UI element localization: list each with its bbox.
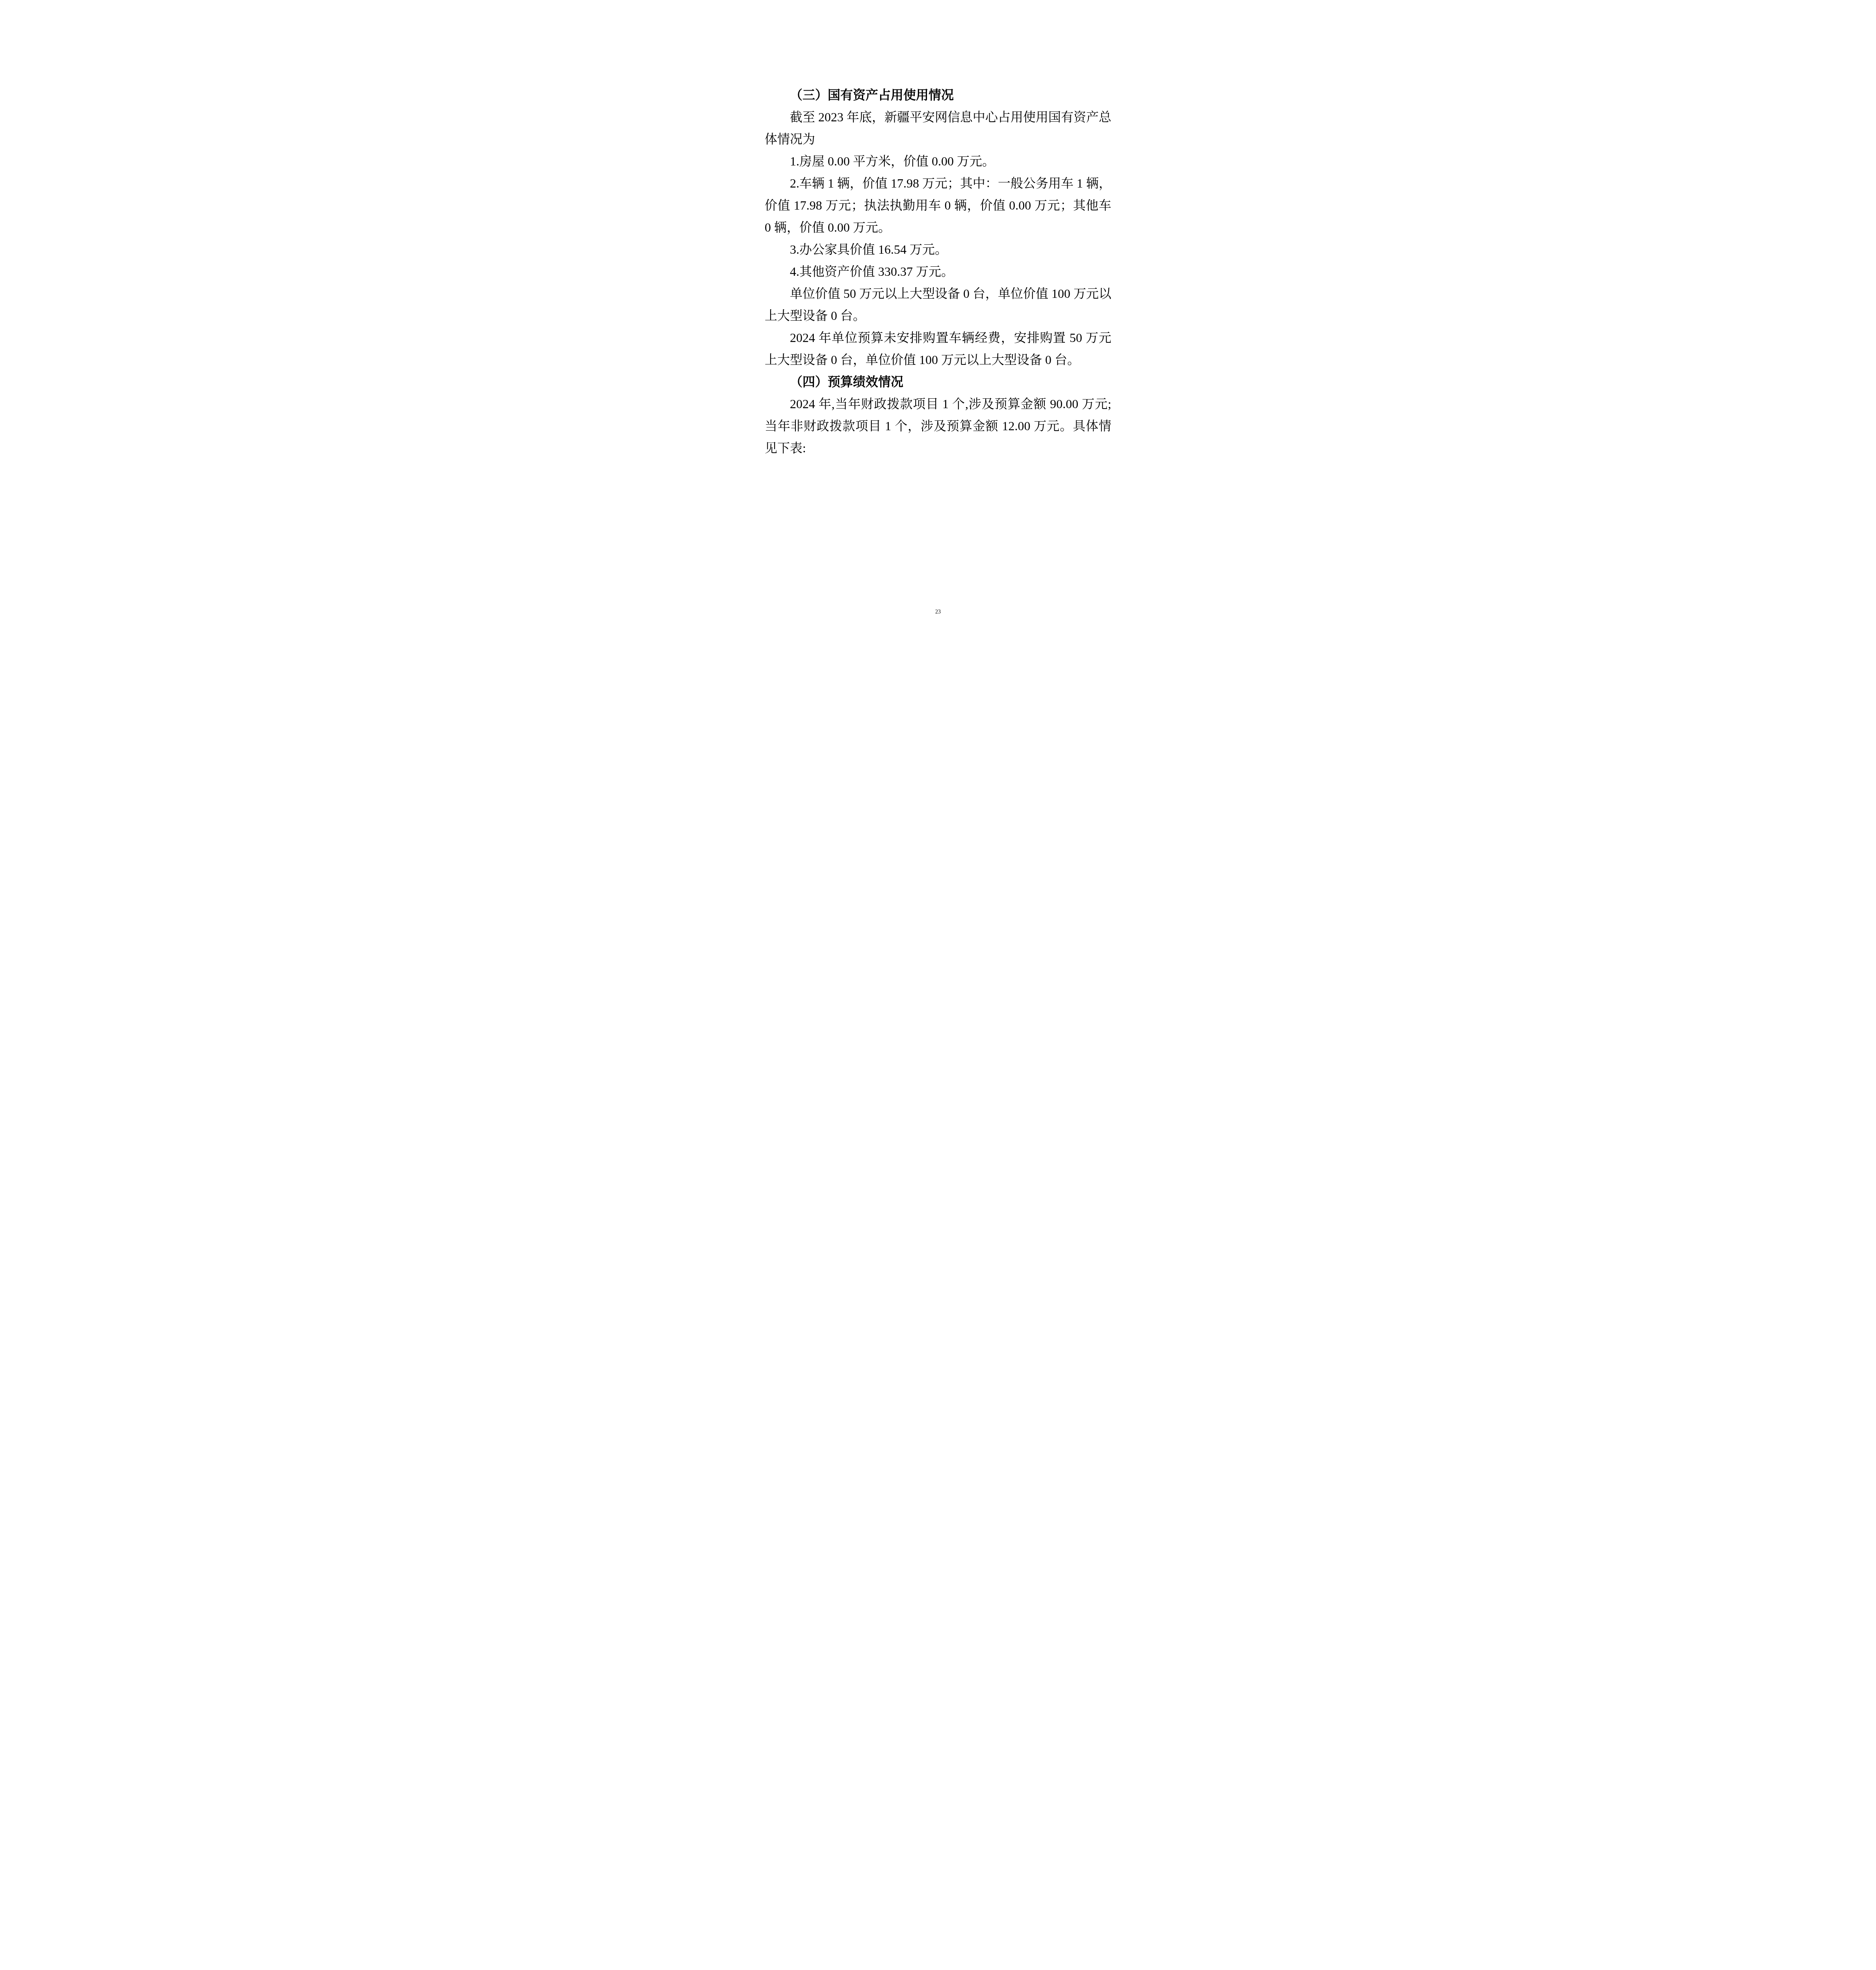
section-heading-budget-performance: （四）预算绩效情况 <box>765 371 1111 393</box>
section-heading-state-assets: （三）国有资产占用使用情况 <box>765 84 1111 106</box>
paragraph-line: 体情况为 <box>765 128 1111 150</box>
paragraph-line: 0 辆，价值 0.00 万元。 <box>765 216 1111 238</box>
document-body: （三）国有资产占用使用情况 截至 2023 年底，新疆平安网信息中心占用使用国有… <box>765 84 1111 459</box>
paragraph-line-equipment: 单位价值 50 万元以上大型设备 0 台，单位价值 100 万元以 <box>765 282 1111 305</box>
document-page: （三）国有资产占用使用情况 截至 2023 年底，新疆平安网信息中心占用使用国有… <box>704 0 1172 663</box>
paragraph-line-2024-budget: 2024 年单位预算未安排购置车辆经费，安排购置 50 万元以 <box>765 327 1111 349</box>
paragraph-line-housing: 1.房屋 0.00 平方米，价值 0.00 万元。 <box>765 150 1111 172</box>
page-number: 23 <box>704 608 1172 616</box>
paragraph-line-see-table: 见下表: <box>765 437 1111 459</box>
paragraph-line-vehicles: 2.车辆 1 辆，价值 17.98 万元；其中：一般公务用车 1 辆， <box>765 172 1111 194</box>
paragraph-line: 截至 2023 年底，新疆平安网信息中心占用使用国有资产总 <box>765 106 1111 128</box>
paragraph-line: 上大型设备 0 台，单位价值 100 万元以上大型设备 0 台。 <box>765 349 1111 371</box>
paragraph-line: 当年非财政拨款项目 1 个，涉及预算金额 12.00 万元。具体情况 <box>765 415 1111 437</box>
paragraph-line: 上大型设备 0 台。 <box>765 305 1111 327</box>
paragraph-line-furniture: 3.办公家具价值 16.54 万元。 <box>765 238 1111 260</box>
paragraph-line-projects: 2024 年,当年财政拨款项目 1 个,涉及预算金额 90.00 万元; <box>765 393 1111 415</box>
paragraph-line-other-assets: 4.其他资产价值 330.37 万元。 <box>765 260 1111 282</box>
paragraph-line: 价值 17.98 万元；执法执勤用车 0 辆，价值 0.00 万元；其他车辆 <box>765 194 1111 216</box>
